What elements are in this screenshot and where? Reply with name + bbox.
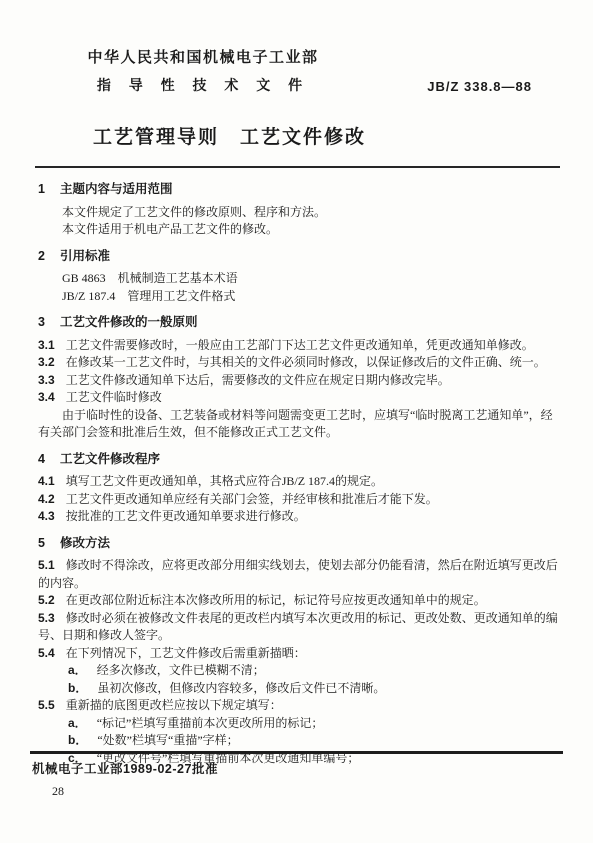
document-body: 1主题内容与适用范围 本文件规定了工艺文件的修改原则、程序和方法。 本文件适用于… [38,181,560,767]
subitem-5-4-b: b．虽初次修改，但修改内容较多，修改后文件已不清晰。 [38,680,560,698]
clause-3-1: 3.1工艺文件需要修改时，一般应由工艺部门下达工艺文件更改通知单，凭更改通知单修… [38,337,560,355]
section-heading: 4工艺文件修改程序 [38,451,560,469]
section-heading: 5修改方法 [38,535,560,553]
section-title: 工艺文件修改程序 [60,452,160,466]
title-rule [35,166,560,168]
document-header: 中华人民共和国机械电子工业部 指 导 性 技 术 文 件 JB/Z 338.8—… [38,46,560,95]
clause-3-4: 3.4工艺文件临时修改 [38,389,560,407]
clause-text: 在更改部位附近标注本次修改所用的标记，标记符号应按更改通知单中的规定。 [66,593,486,607]
subitem-text: “处数”栏填写“重描”字样； [97,733,238,747]
subitem-letter: b． [68,733,87,747]
clause-3-3: 3.3工艺文件修改通知单下达后，需要修改的文件应在规定日期内修改完毕。 [38,372,560,390]
clause-text: 工艺文件临时修改 [66,390,162,404]
section-references: 2引用标准 GB 4863 机械制造工艺基本术语 JB/Z 187.4 管理用工… [38,248,560,306]
clause-4-1: 4.1填写工艺文件更改通知单，其格式应符合JB/Z 187.4的规定。 [38,473,560,491]
section-scope: 1主题内容与适用范围 本文件规定了工艺文件的修改原则、程序和方法。 本文件适用于… [38,181,560,239]
clause-number: 3.3 [38,373,55,387]
clause-4-3: 4.3按批准的工艺文件更改通知单要求进行修改。 [38,508,560,526]
clause-4-2: 4.2工艺文件更改通知单应经有关部门会签，并经审核和批准后才能下发。 [38,491,560,509]
clause-5-2: 5.2在更改部位附近标注本次修改所用的标记，标记符号应按更改通知单中的规定。 [38,592,560,610]
clause-number: 4.3 [38,509,55,523]
section-number: 5 [38,536,45,550]
section-title: 工艺文件修改的一般原则 [60,315,198,329]
reference-item: JB/Z 187.4 管理用工艺文件格式 [38,288,560,306]
subitem-5-5-b: b．“处数”栏填写“重描”字样； [38,732,560,750]
subitem-letter: a． [68,663,87,677]
standard-number: JB/Z 338.8—88 [427,79,532,95]
paragraph: 本文件规定了工艺文件的修改原则、程序和方法。 [38,204,560,222]
clause-number: 5.2 [38,593,55,607]
section-general-principles: 3工艺文件修改的一般原则 3.1工艺文件需要修改时，一般应由工艺部门下达工艺文件… [38,314,560,442]
clause-3-2: 3.2在修改某一工艺文件时，与其相关的文件必须同时修改，以保证修改后的文件正确、… [38,354,560,372]
section-title: 修改方法 [60,536,110,550]
approval-statement: 机械电子工业部1989-02-27批准 [32,759,563,777]
document-page: 中华人民共和国机械电子工业部 指 导 性 技 术 文 件 JB/Z 338.8—… [0,0,593,843]
page-number: 28 [52,784,563,799]
clause-text: 工艺文件更改通知单应经有关部门会签，并经审核和批准后才能下发。 [66,492,438,506]
section-number: 2 [38,249,45,263]
paragraph: 本文件适用于机电产品工艺文件的修改。 [38,221,560,239]
clause-number: 5.3 [38,611,55,625]
clause-text: 重新描的底图更改栏应按以下规定填写： [66,698,282,712]
section-heading: 1主题内容与适用范围 [38,181,560,199]
clause-number: 3.4 [38,390,55,404]
clause-text: 工艺文件需要修改时，一般应由工艺部门下达工艺文件更改通知单，凭更改通知单修改。 [66,338,534,352]
section-title: 引用标准 [60,249,110,263]
clause-5-1: 5.1修改时不得涂改，应将更改部分用细实线划去，使划去部分仍能看清，然后在附近填… [38,557,560,592]
clause-number: 3.2 [38,355,55,369]
section-modification-methods: 5修改方法 5.1修改时不得涂改，应将更改部分用细实线划去，使划去部分仍能看清，… [38,535,560,768]
subitem-5-4-a: a．经多次修改，文件已模糊不清； [38,662,560,680]
section-heading: 2引用标准 [38,248,560,266]
clause-text: 填写工艺文件更改通知单，其格式应符合JB/Z 187.4的规定。 [66,474,383,488]
clause-text: 在下列情况下，工艺文件修改后需重新描晒： [66,646,306,660]
clause-number: 5.4 [38,646,55,660]
clause-text: 修改时必须在被修改文件表尾的更改栏内填写本次更改用的标记、更改处数、更改通知单的… [38,611,558,643]
section-number: 3 [38,315,45,329]
clause-text: 按批准的工艺文件更改通知单要求进行修改。 [66,509,306,523]
clause-text: 工艺文件修改通知单下达后，需要修改的文件应在规定日期内修改完毕。 [66,373,450,387]
reference-item: GB 4863 机械制造工艺基本术语 [38,270,560,288]
issuing-org-block: 中华人民共和国机械电子工业部 指 导 性 技 术 文 件 [38,46,368,95]
section-modification-procedure: 4工艺文件修改程序 4.1填写工艺文件更改通知单，其格式应符合JB/Z 187.… [38,451,560,526]
subitem-5-5-a: a．“标记”栏填写重描前本次更改所用的标记； [38,715,560,733]
document-type-label: 指 导 性 技 术 文 件 [38,75,368,95]
document-footer: 机械电子工业部1989-02-27批准 28 [30,751,563,799]
clause-text: 修改时不得涂改，应将更改部分用细实线划去，使划去部分仍能看清，然后在附近填写更改… [38,558,558,590]
document-title: 工艺管理导则 工艺文件修改 [93,122,560,149]
section-number: 1 [38,182,45,196]
clause-number: 5.1 [38,558,55,572]
issuing-org-name: 中华人民共和国机械电子工业部 [38,46,368,67]
clause-number: 4.2 [38,492,55,506]
clause-text: 在修改某一工艺文件时，与其相关的文件必须同时修改，以保证修改后的文件正确、统一。 [66,355,546,369]
clause-5-3: 5.3修改时必须在被修改文件表尾的更改栏内填写本次更改用的标记、更改处数、更改通… [38,610,560,645]
page-content: 中华人民共和国机械电子工业部 指 导 性 技 术 文 件 JB/Z 338.8—… [0,0,593,767]
subitem-letter: b． [68,681,87,695]
subitem-letter: a． [68,716,87,730]
subitem-text: 虽初次修改，但修改内容较多，修改后文件已不清晰。 [97,681,385,695]
section-number: 4 [38,452,45,466]
subitem-text: “标记”栏填写重描前本次更改所用的标记； [97,716,324,730]
clause-5-4: 5.4在下列情况下，工艺文件修改后需重新描晒： [38,645,560,663]
clause-5-5: 5.5重新描的底图更改栏应按以下规定填写： [38,697,560,715]
footer-rule [30,751,563,754]
clause-number: 4.1 [38,474,55,488]
section-title: 主题内容与适用范围 [60,182,173,196]
subitem-text: 经多次修改，文件已模糊不清； [97,663,265,677]
clause-number: 5.5 [38,698,55,712]
clause-number: 3.1 [38,338,55,352]
clause-3-4-paragraph: 由于临时性的设备、工艺装备或材料等问题需变更工艺时，应填写“临时脱离工艺通知单”… [38,407,560,442]
section-heading: 3工艺文件修改的一般原则 [38,314,560,332]
